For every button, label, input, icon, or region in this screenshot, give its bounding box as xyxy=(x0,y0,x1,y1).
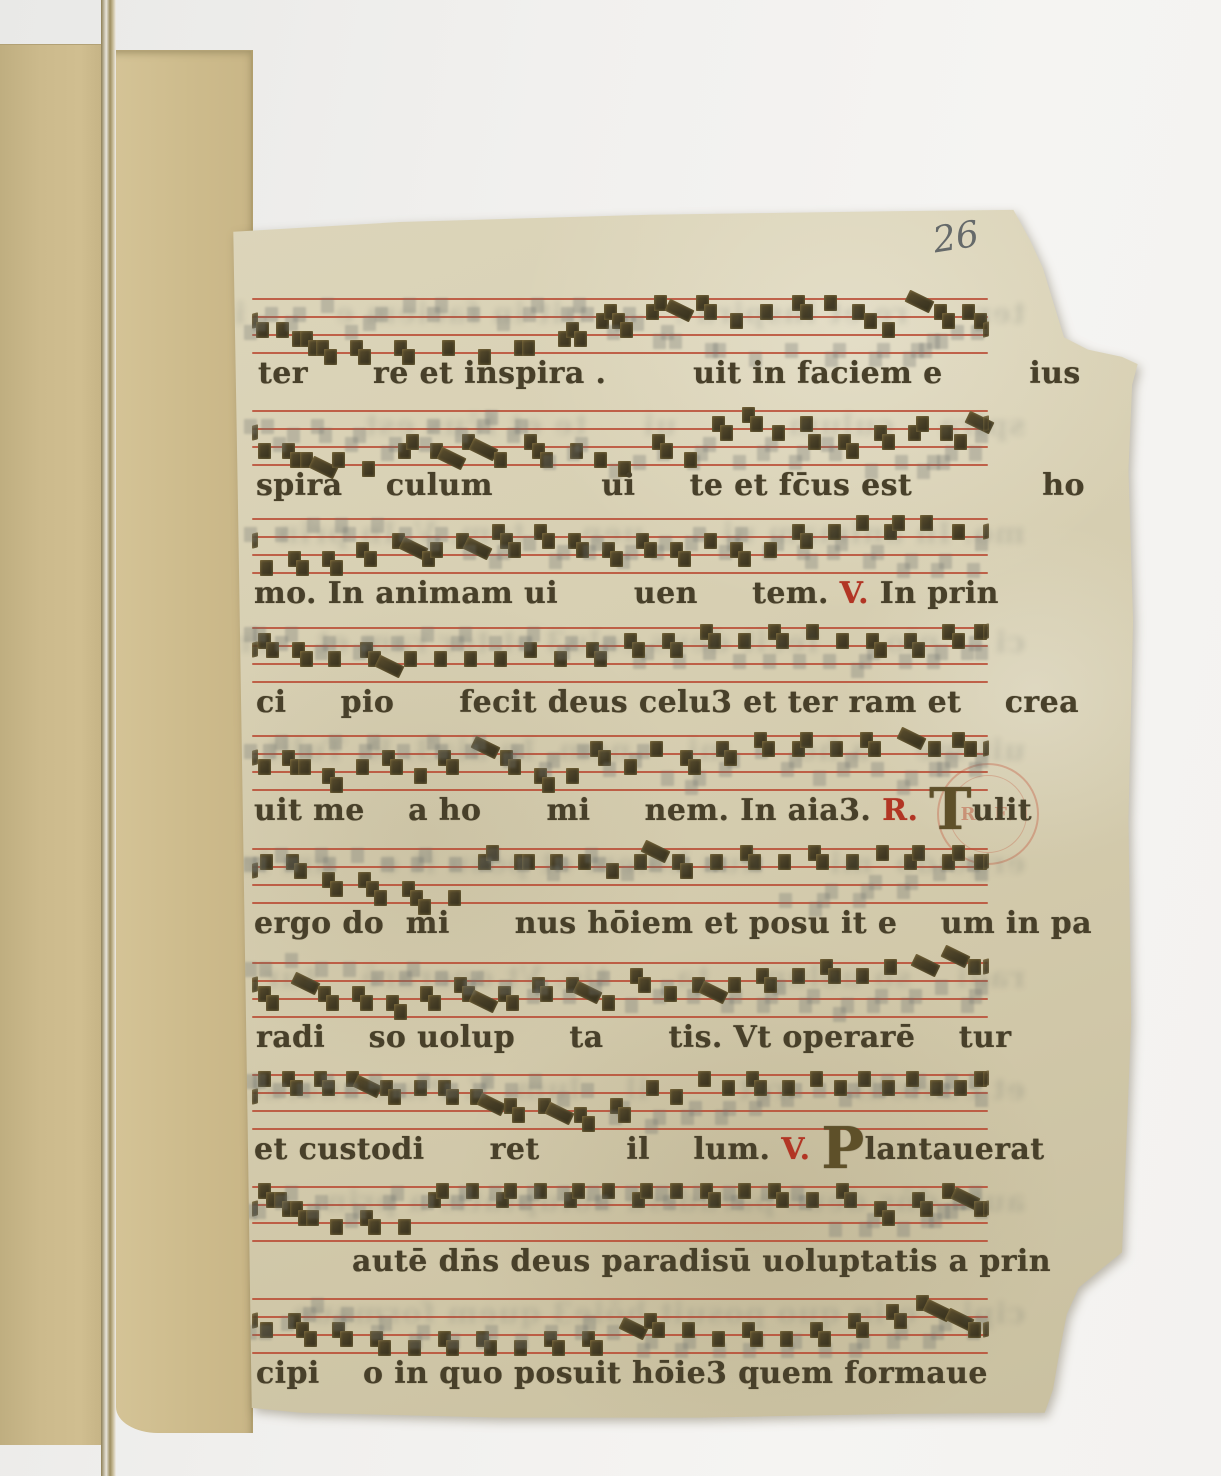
chant-text-line-4: ci pio fecit deus celu3 et ter ram et cr… xyxy=(256,685,1016,735)
chant-text: cipi o in quo posuit hōie3 quem formaue xyxy=(256,1356,988,1391)
showthrough-text: ci pio fecit deus celu3 et ter ram et cr… xyxy=(265,625,1025,659)
neume-square xyxy=(398,1219,411,1235)
chant-text: spira culum ui te et fc̄us est ho xyxy=(256,468,1085,503)
neume-square xyxy=(574,331,587,347)
showthrough-text: ergo do mi nus hōiem et posu it e um in… xyxy=(265,846,1025,880)
staff-line xyxy=(252,1240,988,1242)
decorated-initial: T xyxy=(929,776,972,843)
showthrough-neume xyxy=(409,1334,422,1349)
neume-square xyxy=(360,995,373,1011)
showthrough-neume xyxy=(244,962,257,977)
folio-number: 26 xyxy=(930,214,982,262)
neume-square xyxy=(374,890,387,906)
neume-square xyxy=(660,443,673,459)
neume-square xyxy=(266,995,279,1011)
showthrough-neume xyxy=(489,554,502,569)
binding-gutter xyxy=(101,0,116,1476)
chant-text: mo. In animam ui uen tem. xyxy=(254,576,840,611)
staff-line xyxy=(252,1334,988,1336)
showthrough-neume xyxy=(715,1110,728,1125)
neume-climacus xyxy=(437,447,467,471)
showthrough-neume xyxy=(813,771,826,786)
chant-text-line-2: spira culum ui te et fc̄us est ho xyxy=(256,468,1016,518)
neume-square xyxy=(618,1107,631,1123)
neume-square xyxy=(712,1331,725,1347)
showthrough-neume xyxy=(567,446,580,461)
showthrough-neume xyxy=(244,744,257,759)
neume-square xyxy=(818,1331,831,1347)
neume-square xyxy=(738,551,751,567)
showthrough-neume xyxy=(867,998,880,1013)
neume-square xyxy=(684,452,697,468)
staff-line xyxy=(252,789,988,791)
chant-text: In prin xyxy=(869,576,999,611)
showthrough-text: mo. In animam ui uen tem. V. In prin xyxy=(265,516,1025,550)
showthrough-neume xyxy=(887,1334,900,1349)
chant-text-line-5: uit me a ho mi nem. In aia3. R. Tulit xyxy=(254,793,1014,843)
showthrough-neume xyxy=(381,446,394,461)
neume-square xyxy=(750,1331,763,1347)
showthrough-neume xyxy=(901,998,914,1013)
showthrough-neume xyxy=(897,1222,910,1237)
neume-square xyxy=(378,1340,391,1356)
showthrough-neume xyxy=(625,998,638,1013)
neume-square xyxy=(368,1219,381,1235)
showthrough-neume xyxy=(961,998,974,1013)
staff-line xyxy=(252,446,988,448)
parchment-leaf-wrap: 26 R. F. ter re et inspira . uit in faci… xyxy=(225,205,1145,1420)
neume-square xyxy=(330,881,343,897)
neume-square xyxy=(330,560,343,576)
staff-line xyxy=(252,663,988,665)
staff-line xyxy=(252,681,988,683)
manuscript-photo: 26 R. F. ter re et inspira . uit in faci… xyxy=(0,0,1221,1476)
showthrough-text: ter re et inspira . uit in faciem e ius xyxy=(265,296,1025,330)
neume-square xyxy=(330,777,343,793)
showthrough-text: et custodi ret il lum. V. Plantauerat xyxy=(265,1072,1025,1106)
neume-square xyxy=(590,1340,603,1356)
showthrough-neume xyxy=(661,771,674,786)
neume-square xyxy=(542,777,555,793)
showthrough-neume xyxy=(863,554,876,569)
neume-square xyxy=(610,551,623,567)
neume-square xyxy=(296,560,309,576)
showthrough-neume xyxy=(244,1325,257,1340)
neume-square xyxy=(846,443,859,459)
showthrough-neume xyxy=(923,1334,936,1349)
showthrough-text: uit me a ho mi nem. In aia3. R. Tulit xyxy=(265,733,1025,767)
chant-text: lantauerat xyxy=(865,1132,1045,1167)
neume-square xyxy=(582,1116,595,1132)
showthrough-neume xyxy=(969,446,982,461)
neume-square xyxy=(330,1219,343,1235)
parchment-leaf: 26 R. F. ter re et inspira . uit in faci… xyxy=(225,205,1145,1420)
staff-line xyxy=(252,1128,988,1130)
neume-square xyxy=(260,560,273,576)
chant-text-line-6: ergo do mi nus hōiem et posu it e um in… xyxy=(254,906,1014,956)
neume-square xyxy=(448,890,461,906)
chant-text-line-10: cipi o in quo posuit hōie3 quem formaue xyxy=(256,1356,1016,1406)
showthrough-neume xyxy=(244,1204,257,1219)
neume-square xyxy=(494,452,507,468)
neume-square xyxy=(428,995,441,1011)
decorated-initial: P xyxy=(821,1115,864,1182)
neume-square xyxy=(332,452,345,468)
showthrough-neume xyxy=(477,1334,490,1349)
chant-text: autē dn̄s deus paradisū uoluptatis a p… xyxy=(352,1244,1051,1279)
showthrough-text: cipi o in quo posuit hōie3 quem formaue xyxy=(265,1296,1025,1330)
rubric-mark: V. xyxy=(781,1132,821,1167)
chant-text: radi so uolup ta tis. Vt operarē tur xyxy=(256,1020,1011,1055)
neume-square xyxy=(414,768,427,784)
neume-square xyxy=(594,452,607,468)
showthrough-neume xyxy=(681,1110,694,1125)
showthrough-neume xyxy=(447,1334,460,1349)
staff-line xyxy=(252,572,988,574)
showthrough-text: spira culum ui te et fc̄us est ho xyxy=(265,408,1025,442)
showthrough-neume xyxy=(757,446,770,461)
neume-square xyxy=(364,551,377,567)
showthrough-neume xyxy=(549,554,562,569)
chant-text: ulit xyxy=(972,793,1032,828)
showthrough-neume xyxy=(851,663,864,678)
rubric-mark: V. xyxy=(840,576,869,611)
neume-square xyxy=(442,340,455,356)
chant-text-line-9: autē dn̄s deus paradisū uoluptatis a p… xyxy=(352,1244,1112,1294)
neume-square xyxy=(780,1331,793,1347)
chant-text: ergo do mi nus hōiem et posu it e um in… xyxy=(254,906,1092,941)
chant-text-line-7: radi so uolup ta tis. Vt operarē tur xyxy=(256,1020,1016,1070)
showthrough-neume xyxy=(897,884,910,899)
neume-square xyxy=(304,1331,317,1347)
staff-line xyxy=(252,1016,988,1018)
chant-text-line-1: ter re et inspira . uit in faciem e ius xyxy=(258,356,1018,406)
chant-text: ter re et inspira . uit in faciem e ius xyxy=(258,356,1081,391)
rubric-mark: R. xyxy=(882,793,929,828)
showthrough-neume xyxy=(653,334,666,349)
chant-text-line-8: et custodi ret il lum. V. Plantauerat xyxy=(254,1132,1014,1182)
showthrough-neume xyxy=(515,1334,528,1349)
neume-square xyxy=(258,443,271,459)
staff-line xyxy=(252,1352,988,1354)
neume-square xyxy=(552,1340,565,1356)
neume-square xyxy=(522,340,535,356)
guard-page-left xyxy=(0,44,101,1445)
showthrough-neume xyxy=(757,998,770,1013)
neume-square xyxy=(340,1331,353,1347)
showthrough-neume xyxy=(829,1222,842,1237)
showthrough-text: autē dn̄s deus paradisū uoluptatis a p… xyxy=(265,1184,1025,1218)
staff-line xyxy=(252,902,988,904)
neume-square xyxy=(566,768,579,784)
neume-square xyxy=(602,995,615,1011)
chant-text-line-3: mo. In animam ui uen tem. V. In prin xyxy=(254,576,1014,626)
neume-square xyxy=(506,995,519,1011)
showthrough-text: radi so uolup ta tis. Vt operarē tur xyxy=(265,960,1025,994)
showthrough-neume xyxy=(244,527,257,542)
neume-square xyxy=(394,1004,407,1020)
showthrough-neume xyxy=(799,998,812,1013)
neume-square xyxy=(326,995,339,1011)
showthrough-neume xyxy=(859,1222,872,1237)
chant-text: et custodi ret il lum. xyxy=(254,1132,781,1167)
neume-square xyxy=(512,1107,525,1123)
neume-square xyxy=(678,551,691,567)
chant-text: uit me a ho mi nem. In aia3. xyxy=(254,793,882,828)
chant-text: ci pio fecit deus celu3 et ter ram et cr… xyxy=(256,685,1079,720)
